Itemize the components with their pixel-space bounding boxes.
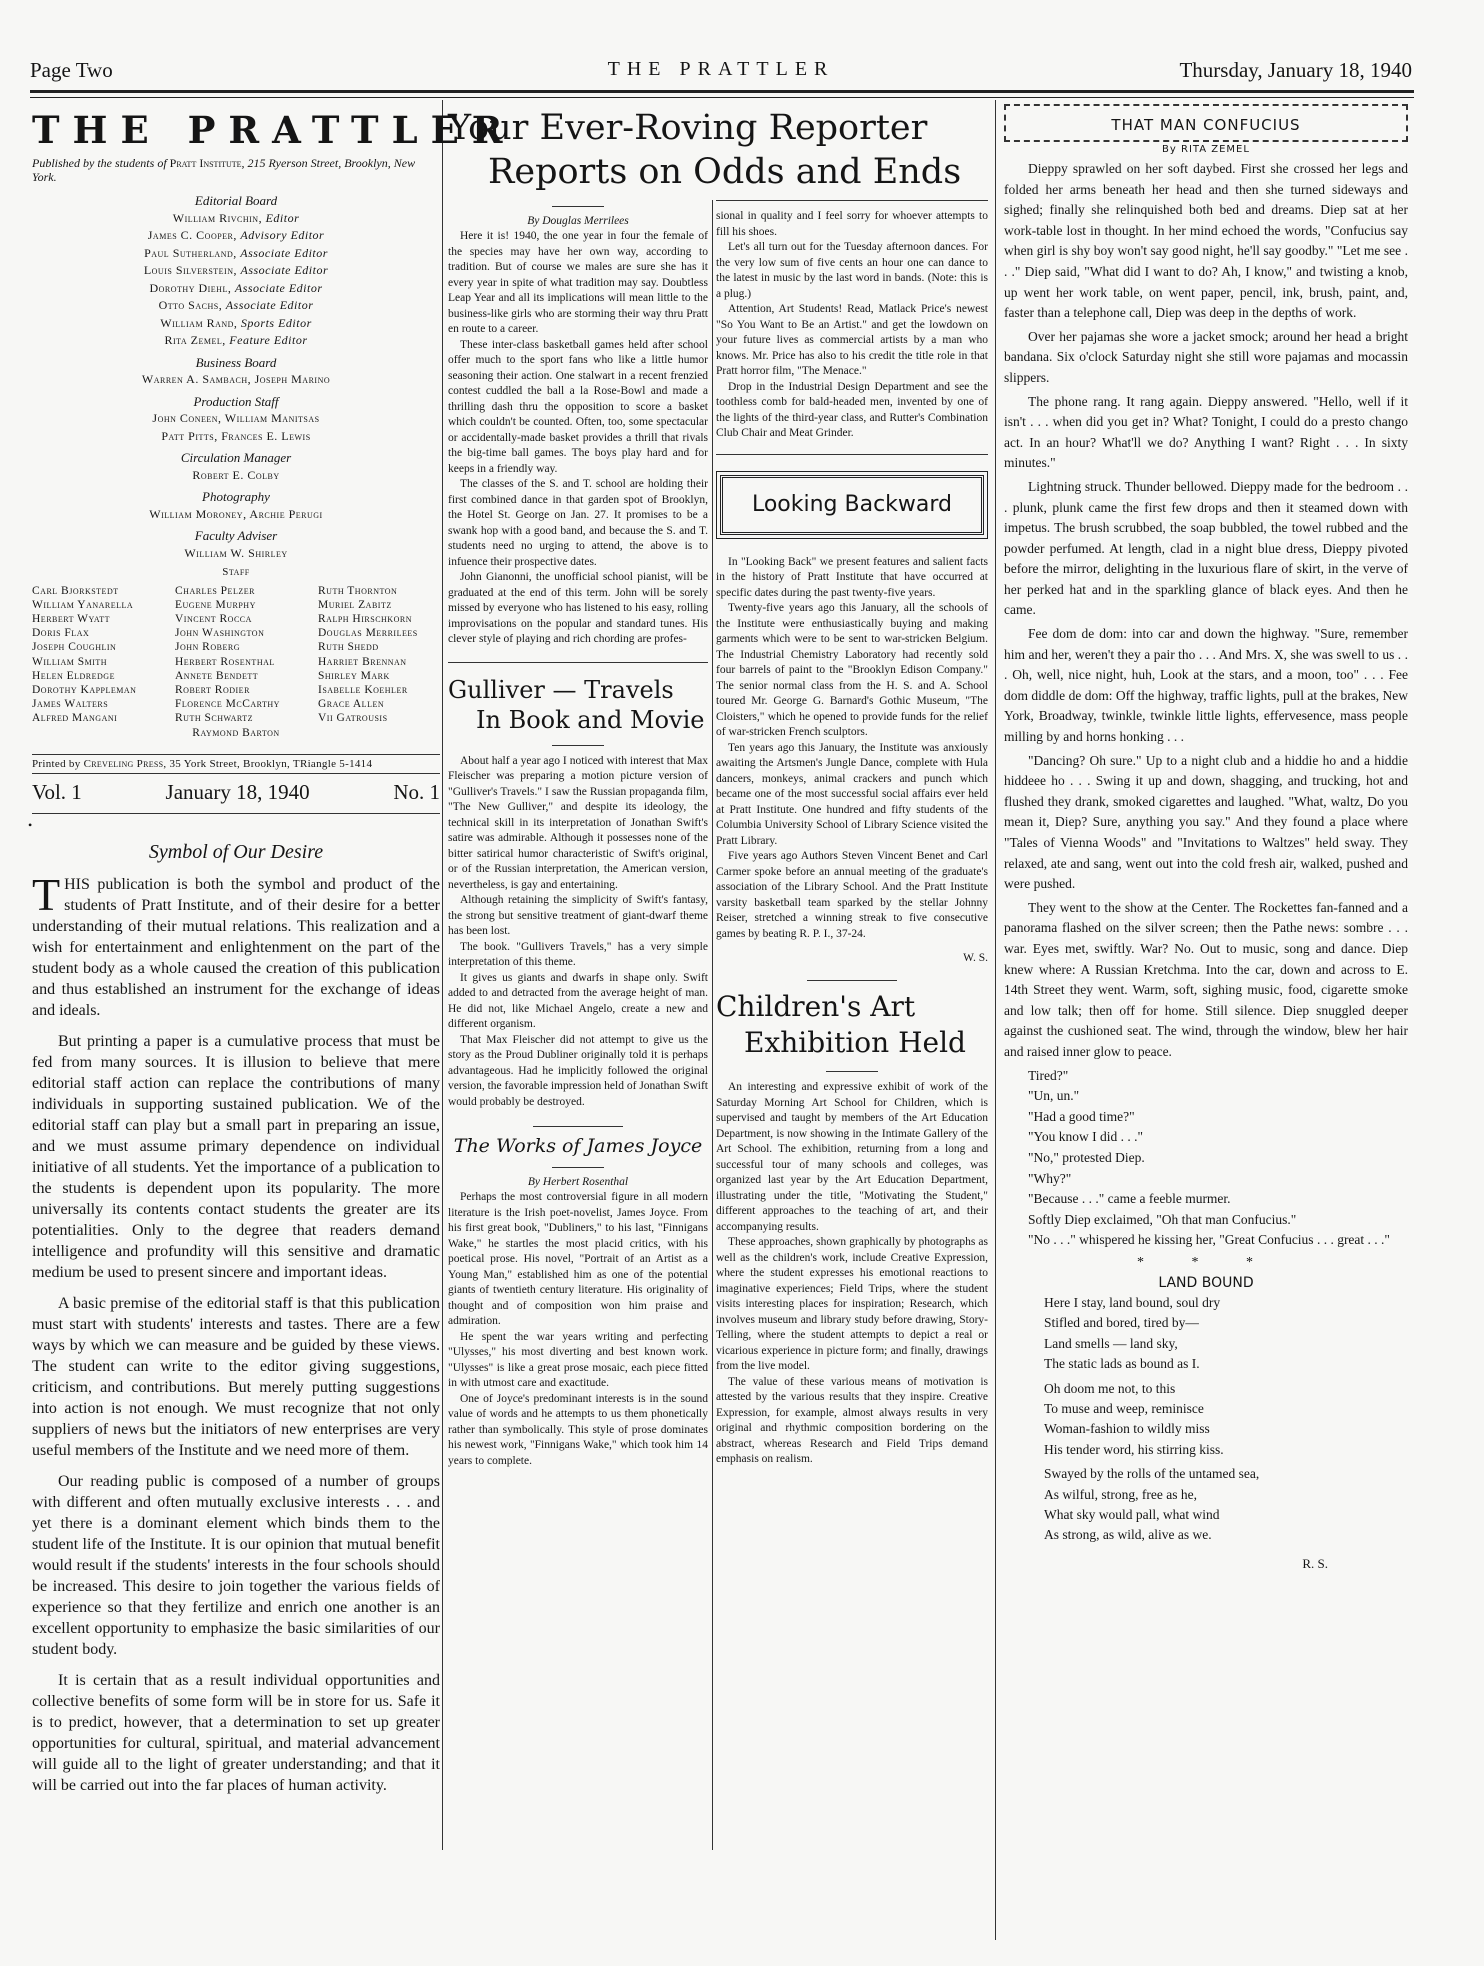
- production-heading: Production Staff: [32, 393, 440, 411]
- article-paragraph: Drop in the Industrial Design Department…: [716, 380, 988, 442]
- editorial-paragraph: A basic premise of the editorial staff i…: [32, 1293, 440, 1461]
- article-paragraph: Five years ago Authors Steven Vincent Be…: [716, 849, 988, 942]
- poem-line: His tender word, his stirring kiss.: [1044, 1440, 1408, 1460]
- editorial-paragraph: But printing a paper is a cumulative pro…: [32, 1031, 440, 1283]
- staff-member: Robert Rodier: [175, 683, 318, 697]
- story-paragraph: Dieppy sprawled on her soft daybed. Firs…: [1004, 159, 1408, 324]
- staff-member: Ruth Thornton: [318, 584, 440, 598]
- editorial-board-member: William Rand, Sports Editor: [32, 315, 440, 333]
- staff-member: James Walters: [32, 697, 175, 711]
- article-paragraph: Although retaining the simplicity of Swi…: [448, 893, 708, 940]
- dialogue-line: "No . . ." whispered he kissing her, "Gr…: [1004, 1230, 1408, 1251]
- looking-backward-box: Looking Backward: [720, 475, 984, 535]
- poem-line: To muse and weep, reminisce: [1044, 1399, 1408, 1419]
- staff-heading: Staff: [32, 564, 440, 582]
- member-name: James C. Cooper: [148, 228, 234, 242]
- headline-line-1: Children's Art: [716, 990, 915, 1023]
- reporter-byline: By Douglas Merrilees: [448, 215, 708, 227]
- story-paragraph: They went to the show at the Center. The…: [1004, 898, 1408, 1063]
- business-board-heading: Business Board: [32, 354, 440, 372]
- rule: [716, 200, 988, 201]
- staff-member: Harriet Brennan: [318, 655, 440, 669]
- column-three: sional in quality and I feel sorry for w…: [716, 200, 988, 1468]
- volume-line: Vol. 1 January 18, 1940 No. 1: [32, 774, 440, 814]
- rule: [533, 1126, 623, 1127]
- editorial-board-member: William Rivchin, Editor: [32, 210, 440, 228]
- poem-line: Stifled and bored, tired by—: [1044, 1313, 1408, 1333]
- editorial-board-member: Dorothy Diehl, Associate Editor: [32, 280, 440, 298]
- article-paragraph: John Gianonni, the unofficial school pia…: [448, 570, 708, 648]
- issue-date-header: Thursday, January 18, 1940: [1179, 58, 1412, 83]
- production-staff-1: John Coneen, William Manitsas: [32, 410, 440, 428]
- photography-staff: William Moroney, Archie Perugi: [32, 506, 440, 524]
- printer-line: Printed by Creveling Press, 35 York Stre…: [32, 754, 440, 774]
- column-divider: [995, 100, 996, 1940]
- childrens-art-headline: Children's Art Exhibition Held: [716, 989, 988, 1061]
- poem-line: Swayed by the rolls of the untamed sea,: [1044, 1464, 1408, 1484]
- dialogue-line: "No," protested Diep.: [1004, 1148, 1408, 1169]
- gulliver-headline: Gulliver — Travels In Book and Movie: [448, 675, 708, 735]
- issue-number: No. 1: [393, 780, 440, 805]
- poem-stanza: Swayed by the rolls of the untamed sea,A…: [1044, 1464, 1408, 1546]
- circulation-heading: Circulation Manager: [32, 449, 440, 467]
- dialogue-line: "Un, un.": [1004, 1086, 1408, 1107]
- editorial-board-member: Rita Zemel, Feature Editor: [32, 332, 440, 350]
- member-name: William Rand: [160, 316, 234, 330]
- dialogue-line: "Because . . ." came a feeble murmer.: [1004, 1189, 1408, 1210]
- article-paragraph: Attention, Art Students! Read, Matlack P…: [716, 302, 988, 380]
- production-staff-2: Patt Pitts, Frances E. Lewis: [32, 428, 440, 446]
- business-board: Warren A. Sambach, Joseph Marino: [32, 371, 440, 389]
- article-paragraph: Let's all turn out for the Tuesday after…: [716, 240, 988, 302]
- confucius-title-box: THAT MAN CONFUCIUS: [1004, 104, 1408, 142]
- story-paragraph: Over her pajamas she wore a jacket smock…: [1004, 327, 1408, 389]
- reporter-headline: Your Ever-Roving Reporter Reports on Odd…: [448, 100, 988, 194]
- printer-name: Creveling Press: [84, 758, 164, 770]
- drop-cap: T: [32, 876, 60, 914]
- reporter-article-part-1: Here it is! 1940, the one year in four t…: [448, 229, 708, 648]
- article-paragraph: The book. "Gullivers Travels," has a ver…: [448, 940, 708, 971]
- staff-member: Eugene Murphy: [175, 598, 318, 612]
- headline-line-2: Exhibition Held: [716, 1025, 988, 1061]
- poem-line: As strong, as wild, alive as we.: [1044, 1525, 1408, 1545]
- printer-text: Printed by: [32, 758, 84, 770]
- member-role: Associate Editor: [235, 281, 323, 295]
- staff-member: Florence McCarthy: [175, 697, 318, 711]
- member-name: Otto Sachs: [159, 298, 219, 312]
- reporter-article-part-2: sional in quality and I feel sorry for w…: [716, 209, 988, 442]
- staff-member: Alfred Mangani: [32, 711, 175, 725]
- staff-member: John Roberg: [175, 640, 318, 654]
- article-paragraph: sional in quality and I feel sorry for w…: [716, 209, 988, 240]
- dialogue-line: Tired?": [1004, 1066, 1408, 1087]
- dialogue-line: "You know I did . . .": [1004, 1127, 1408, 1148]
- member-name: Paul Sutherland: [144, 246, 233, 260]
- headline-line-1: Gulliver — Travels: [448, 676, 674, 704]
- article-paragraph: Twenty-five years ago this January, all …: [716, 601, 988, 741]
- story-paragraph: Fee dom de dom: into car and down the hi…: [1004, 624, 1408, 748]
- member-role: Associate Editor: [240, 263, 328, 277]
- editorial-board-member: James C. Cooper, Advisory Editor: [32, 227, 440, 245]
- staff-member: William Smith: [32, 655, 175, 669]
- staff-member: Ralph Hirschkorn: [318, 612, 440, 626]
- adviser-heading: Faculty Adviser: [32, 527, 440, 545]
- rule: [807, 980, 897, 981]
- editorial-title: Symbol of Our Desire: [32, 841, 440, 864]
- headline-line-2: In Book and Movie: [448, 705, 708, 735]
- staff-member: Shirley Mark: [318, 669, 440, 683]
- poem-line: As wilful, strong, free as he,: [1044, 1485, 1408, 1505]
- story-paragraph: Lightning struck. Thunder bellowed. Diep…: [1004, 477, 1408, 621]
- member-name: Dorothy Diehl: [149, 281, 227, 295]
- poem-line: Woman-fashion to wildly miss: [1044, 1419, 1408, 1439]
- editorial-paragraph: It is certain that as a result individua…: [32, 1670, 440, 1796]
- staff-extra: Raymond Barton: [32, 726, 440, 740]
- member-role: Associate Editor: [240, 246, 328, 260]
- article-paragraph: An interesting and expressive exhibit of…: [716, 1080, 988, 1235]
- poem-stanza: Oh doom me not, to thisTo muse and weep,…: [1044, 1379, 1408, 1461]
- bullet-mark: •: [28, 818, 440, 833]
- story-paragraph: "Dancing? Oh sure." Up to a night club a…: [1004, 751, 1408, 895]
- article-paragraph: He spent the war years writing and perfe…: [448, 1330, 708, 1392]
- poem-body: Here I stay, land bound, soul dryStifled…: [1004, 1293, 1408, 1546]
- issue-date: January 18, 1940: [166, 780, 310, 805]
- article-paragraph: These inter-class basketball games held …: [448, 338, 708, 478]
- staff-member: Muriel Zabitz: [318, 598, 440, 612]
- poem-line: What sky would pall, what wind: [1044, 1505, 1408, 1525]
- staff-member: Douglas Merrilees: [318, 626, 440, 640]
- joyce-article: Perhaps the most controversial figure in…: [448, 1190, 708, 1469]
- member-role: Feature Editor: [229, 333, 307, 347]
- poem-line: Oh doom me not, to this: [1044, 1379, 1408, 1399]
- confucius-byline: By RITA ZEMEL: [1004, 144, 1408, 155]
- editorial-paragraph: Our reading public is composed of a numb…: [32, 1471, 440, 1660]
- staff-member: Herbert Rosenthal: [175, 655, 318, 669]
- institute-name: Pratt Institute: [170, 156, 242, 170]
- rule: [826, 1071, 878, 1072]
- member-role: Associate Editor: [226, 298, 314, 312]
- article-paragraph: About half a year ago I noticed with int…: [448, 754, 708, 894]
- joyce-byline: By Herbert Rosenthal: [448, 1176, 708, 1188]
- story-paragraph: The phone rang. It rang again. Dieppy an…: [1004, 392, 1408, 474]
- masthead-column: THE PRATTLER Published by the students o…: [32, 100, 440, 1806]
- staff-member: Charles Pelzer: [175, 584, 318, 598]
- confucius-dialogue: Tired?" "Un, un." "Had a good time?" "Yo…: [1004, 1066, 1408, 1251]
- publisher-line: Published by the students of Pratt Insti…: [32, 156, 440, 184]
- confucius-story: Dieppy sprawled on her soft daybed. Firs…: [1004, 159, 1408, 1063]
- publisher-text: Published by the students of: [32, 156, 170, 170]
- editorial-board-list: William Rivchin, EditorJames C. Cooper, …: [32, 210, 440, 350]
- staff-member: Helen Eldredge: [32, 669, 175, 683]
- editorial-board-member: Louis Silverstein, Associate Editor: [32, 262, 440, 280]
- column-divider: [712, 200, 713, 1850]
- page-header: Page Two THE PRATTLER Thursday, January …: [30, 58, 1412, 88]
- staff-member: William Yanarella: [32, 598, 175, 612]
- joyce-headline: The Works of James Joyce: [448, 1135, 708, 1157]
- childrens-art-article: An interesting and expressive exhibit of…: [716, 1080, 988, 1468]
- volume: Vol. 1: [32, 780, 82, 805]
- staff-member: Carl Bjorkstedt: [32, 584, 175, 598]
- staff-box: Editorial Board William Rivchin, EditorJ…: [32, 192, 440, 582]
- gulliver-article: About half a year ago I noticed with int…: [448, 754, 708, 1111]
- headline-line-2: Reports on Odds and Ends: [448, 150, 988, 194]
- member-name: Rita Zemel: [164, 333, 222, 347]
- staff-member: Herbert Wyatt: [32, 612, 175, 626]
- column-four: THAT MAN CONFUCIUS By RITA ZEMEL Dieppy …: [1004, 100, 1408, 1572]
- staff-member: Isabelle Koehler: [318, 683, 440, 697]
- staff-member: Vii Gatrousis: [318, 711, 440, 725]
- section-separator: * * *: [1004, 1255, 1408, 1271]
- dialogue-line: Softly Diep exclaimed, "Oh that man Conf…: [1004, 1210, 1408, 1231]
- rule: [716, 454, 988, 455]
- rule: [552, 206, 604, 207]
- article-paragraph: In "Looking Back" we present features an…: [716, 555, 988, 602]
- staff-member: Ruth Schwartz: [175, 711, 318, 725]
- headline-text: Your Ever-Roving Reporter Reports on Odd…: [448, 106, 988, 194]
- rule: [552, 1167, 604, 1168]
- column-divider: [442, 100, 443, 1850]
- article-paragraph: That Max Fleischer did not attempt to gi…: [448, 1033, 708, 1111]
- staff-member: Grace Allen: [318, 697, 440, 711]
- staff-member: Doris Flax: [32, 626, 175, 640]
- article-paragraph: One of Joyce's predominant interests is …: [448, 1392, 708, 1470]
- rule: [552, 745, 604, 746]
- printer-address: , 35 York Street, Brooklyn, TRiangle 5-1…: [163, 758, 372, 770]
- member-name: William Rivchin: [173, 211, 259, 225]
- editorial-paragraph: THIS publication is both the symbol and …: [32, 874, 440, 1021]
- member-name: Louis Silverstein: [144, 263, 234, 277]
- staff-list: Carl BjorkstedtCharles PelzerRuth Thornt…: [32, 584, 440, 726]
- poem-line: Here I stay, land bound, soul dry: [1044, 1293, 1408, 1313]
- staff-member: Ruth Shedd: [318, 640, 440, 654]
- editorial-board-member: Otto Sachs, Associate Editor: [32, 297, 440, 315]
- article-paragraph: It gives us giants and dwarfs in shape o…: [448, 971, 708, 1033]
- looking-backward-signoff: W. S.: [716, 952, 988, 964]
- staff-member: John Washington: [175, 626, 318, 640]
- faculty-adviser: William W. Shirley: [32, 545, 440, 563]
- staff-member: Annete Bendett: [175, 669, 318, 683]
- poem-line: The static lads as bound as I.: [1044, 1354, 1408, 1374]
- article-paragraph: Ten years ago this January, the Institut…: [716, 741, 988, 850]
- photography-heading: Photography: [32, 488, 440, 506]
- poem-title: LAND BOUND: [1004, 1275, 1408, 1291]
- editorial-board-member: Paul Sutherland, Associate Editor: [32, 245, 440, 263]
- dialogue-line: "Had a good time?": [1004, 1107, 1408, 1128]
- masthead-title: THE PRATTLER: [32, 108, 440, 152]
- article-paragraph: The classes of the S. and T. school are …: [448, 477, 708, 570]
- editorial-article: Symbol of Our Desire THIS publication is…: [32, 841, 440, 1796]
- member-role: Sports Editor: [241, 316, 312, 330]
- rule: [448, 662, 708, 663]
- editorial-board-heading: Editorial Board: [32, 192, 440, 210]
- paragraph-text: HIS publication is both the symbol and p…: [32, 876, 440, 1019]
- poem-line: Land smells — land sky,: [1044, 1334, 1408, 1354]
- staff-member: Dorothy Kappleman: [32, 683, 175, 697]
- headline-line-1: Your Ever-Roving Reporter: [448, 108, 927, 148]
- staff-member: Vincent Rocca: [175, 612, 318, 626]
- looking-backward-article: In "Looking Back" we present features an…: [716, 555, 988, 943]
- circulation-manager: Robert E. Colby: [32, 467, 440, 485]
- staff-member: Joseph Coughlin: [32, 640, 175, 654]
- article-paragraph: The value of these various means of moti…: [716, 1375, 988, 1468]
- dialogue-line: "Why?": [1004, 1169, 1408, 1190]
- header-rule: [30, 90, 1414, 98]
- member-role: Editor: [266, 211, 300, 225]
- article-paragraph: Perhaps the most controversial figure in…: [448, 1190, 708, 1330]
- poem-signoff: R. S.: [1004, 1556, 1408, 1572]
- article-paragraph: Here it is! 1940, the one year in four t…: [448, 229, 708, 338]
- member-role: Advisory Editor: [240, 228, 324, 242]
- article-paragraph: These approaches, shown graphically by p…: [716, 1235, 988, 1375]
- column-two: By Douglas Merrilees Here it is! 1940, t…: [448, 196, 708, 1469]
- poem-stanza: Here I stay, land bound, soul dryStifled…: [1044, 1293, 1408, 1375]
